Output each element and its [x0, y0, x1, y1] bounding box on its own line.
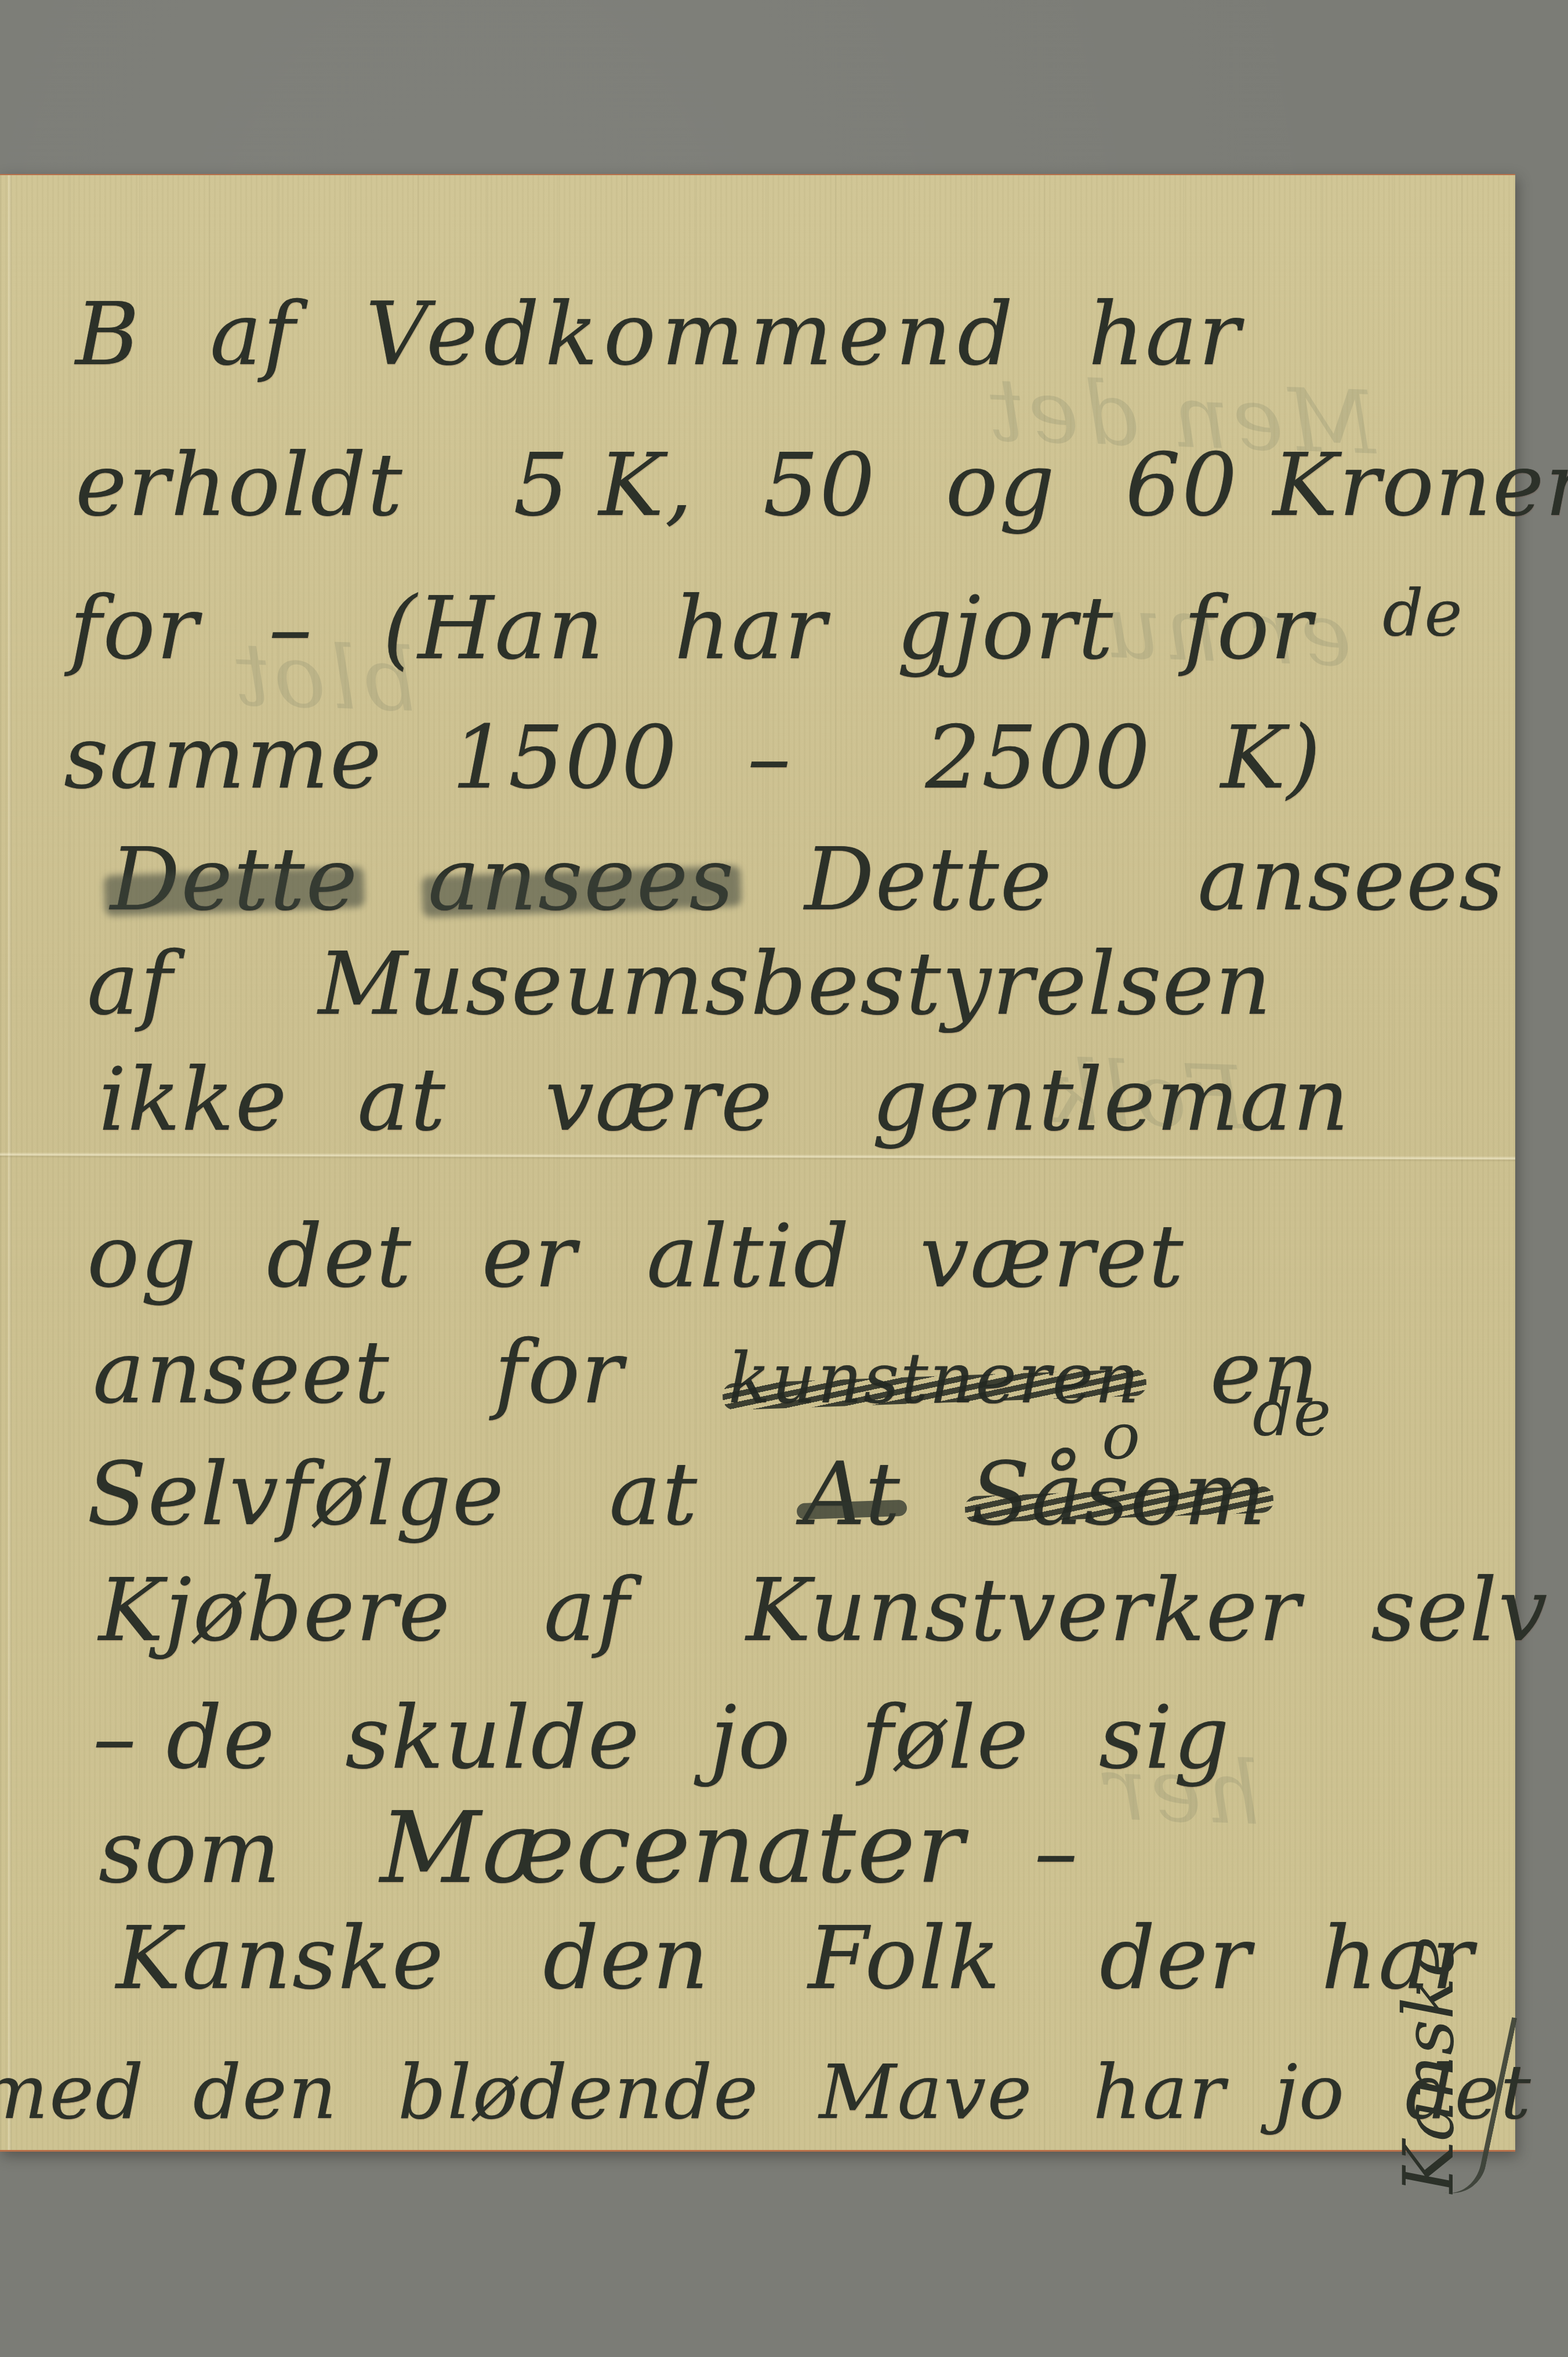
word: erholdt [75, 442, 404, 529]
superscript-insertion: de [1253, 1376, 1331, 1450]
struck-word: Dette [110, 836, 358, 923]
word: Mæcenater [380, 1799, 965, 1898]
word: at [609, 1451, 699, 1538]
word: Selvfølge [87, 1451, 505, 1538]
word: – [1035, 1809, 1079, 1896]
word: altid [647, 1213, 851, 1300]
word: den [193, 2054, 338, 2130]
word: gentleman [872, 1057, 1351, 1144]
word: det [267, 1213, 412, 1300]
text-line-7: ikke at være gentleman [99, 1057, 1391, 1144]
word: den [543, 1915, 709, 2002]
text-line-5: Dette ansees Dette ansees [110, 836, 1545, 923]
word: været [920, 1213, 1184, 1300]
text-line-12: – de skulde jo føle sig [93, 1695, 1271, 1782]
text-line-4: samme 1500 – 2500 K) [64, 715, 1363, 802]
word: – de [93, 1695, 275, 1782]
word: af [544, 1567, 630, 1654]
struck-word: At [803, 1451, 901, 1538]
word: jo [710, 1695, 792, 1782]
word: – [747, 715, 792, 802]
word: Kroner [1273, 442, 1568, 529]
word: 1500 [452, 715, 678, 802]
word: skulde [345, 1695, 640, 1782]
word: 50 [763, 442, 876, 529]
text-line-2: erholdt 5 K, 50 og 60 Kroner [75, 442, 1568, 529]
word: og [945, 442, 1055, 529]
word: de [1382, 581, 1464, 645]
text-line-6: af Museumsbestyrelsen [87, 941, 1313, 1028]
word: har [1088, 291, 1242, 378]
word: jo [1274, 2054, 1345, 2130]
word: (Han [383, 585, 605, 672]
word: med [0, 2054, 144, 2130]
word: gjort [896, 585, 1114, 672]
word: 5 K, [513, 442, 694, 529]
struck-word: kunstneren [728, 1344, 1141, 1414]
text-line-13: som Mæcenater – [99, 1799, 1120, 1898]
word: 60 [1125, 442, 1238, 529]
word: for [495, 1329, 625, 1416]
text-line-14: Kanske den Folk der har [116, 1915, 1515, 2002]
word: anseet [93, 1329, 390, 1416]
word: Museumsbestyrelsen [318, 941, 1272, 1028]
struck-word: ansees [428, 836, 735, 923]
word: 2500 [925, 715, 1151, 802]
word: der [1099, 1915, 1252, 2002]
word: for [1184, 585, 1313, 672]
word: K) [1221, 715, 1322, 802]
text-line-9: anseet for kunstneren en [93, 1329, 1360, 1416]
word: – [268, 585, 313, 672]
word: Mave [819, 2054, 1033, 2130]
word: som [99, 1809, 282, 1896]
text-line-3: for – (Han har gjort for de [70, 581, 1504, 672]
word: ansees [1197, 836, 1505, 923]
superscript-insertion: o [1102, 1399, 1140, 1473]
word: selv [1371, 1567, 1548, 1654]
word: Kjøbere [99, 1567, 451, 1654]
word: samme [64, 715, 383, 802]
manuscript-page: Men det er nu blot Folk her B af Vedkomm… [0, 174, 1515, 2152]
text-line-1: B af Vedkommend har [75, 291, 1282, 378]
word: Kunstverker [746, 1567, 1301, 1654]
word: føle [861, 1695, 1030, 1782]
text-line-11: Kjøbere af Kunstverker selv [99, 1567, 1568, 1654]
word: af [87, 941, 173, 1028]
word: er [482, 1213, 577, 1300]
word: at [357, 1057, 447, 1144]
word: være [545, 1057, 774, 1144]
word: har [1093, 2054, 1226, 2130]
word: Vedkommend [366, 291, 1019, 378]
text-line-8: og det er altid været [87, 1213, 1225, 1300]
word: B [75, 291, 140, 378]
text-line-15: med den blødende Mave har jo det Kaldt [0, 2054, 1568, 2130]
fold-crease [0, 1152, 1515, 1162]
left-edge-crease [8, 175, 12, 2150]
word: Folk [808, 1915, 1001, 2002]
word: af [210, 291, 296, 378]
word: har [674, 585, 827, 672]
word: Kanske [116, 1915, 445, 2002]
word: og [87, 1213, 197, 1300]
word: Dette [804, 836, 1052, 923]
word: blødende [398, 2054, 759, 2130]
word: for [70, 585, 199, 672]
word: sig [1099, 1695, 1231, 1782]
word: ikke [99, 1057, 288, 1144]
